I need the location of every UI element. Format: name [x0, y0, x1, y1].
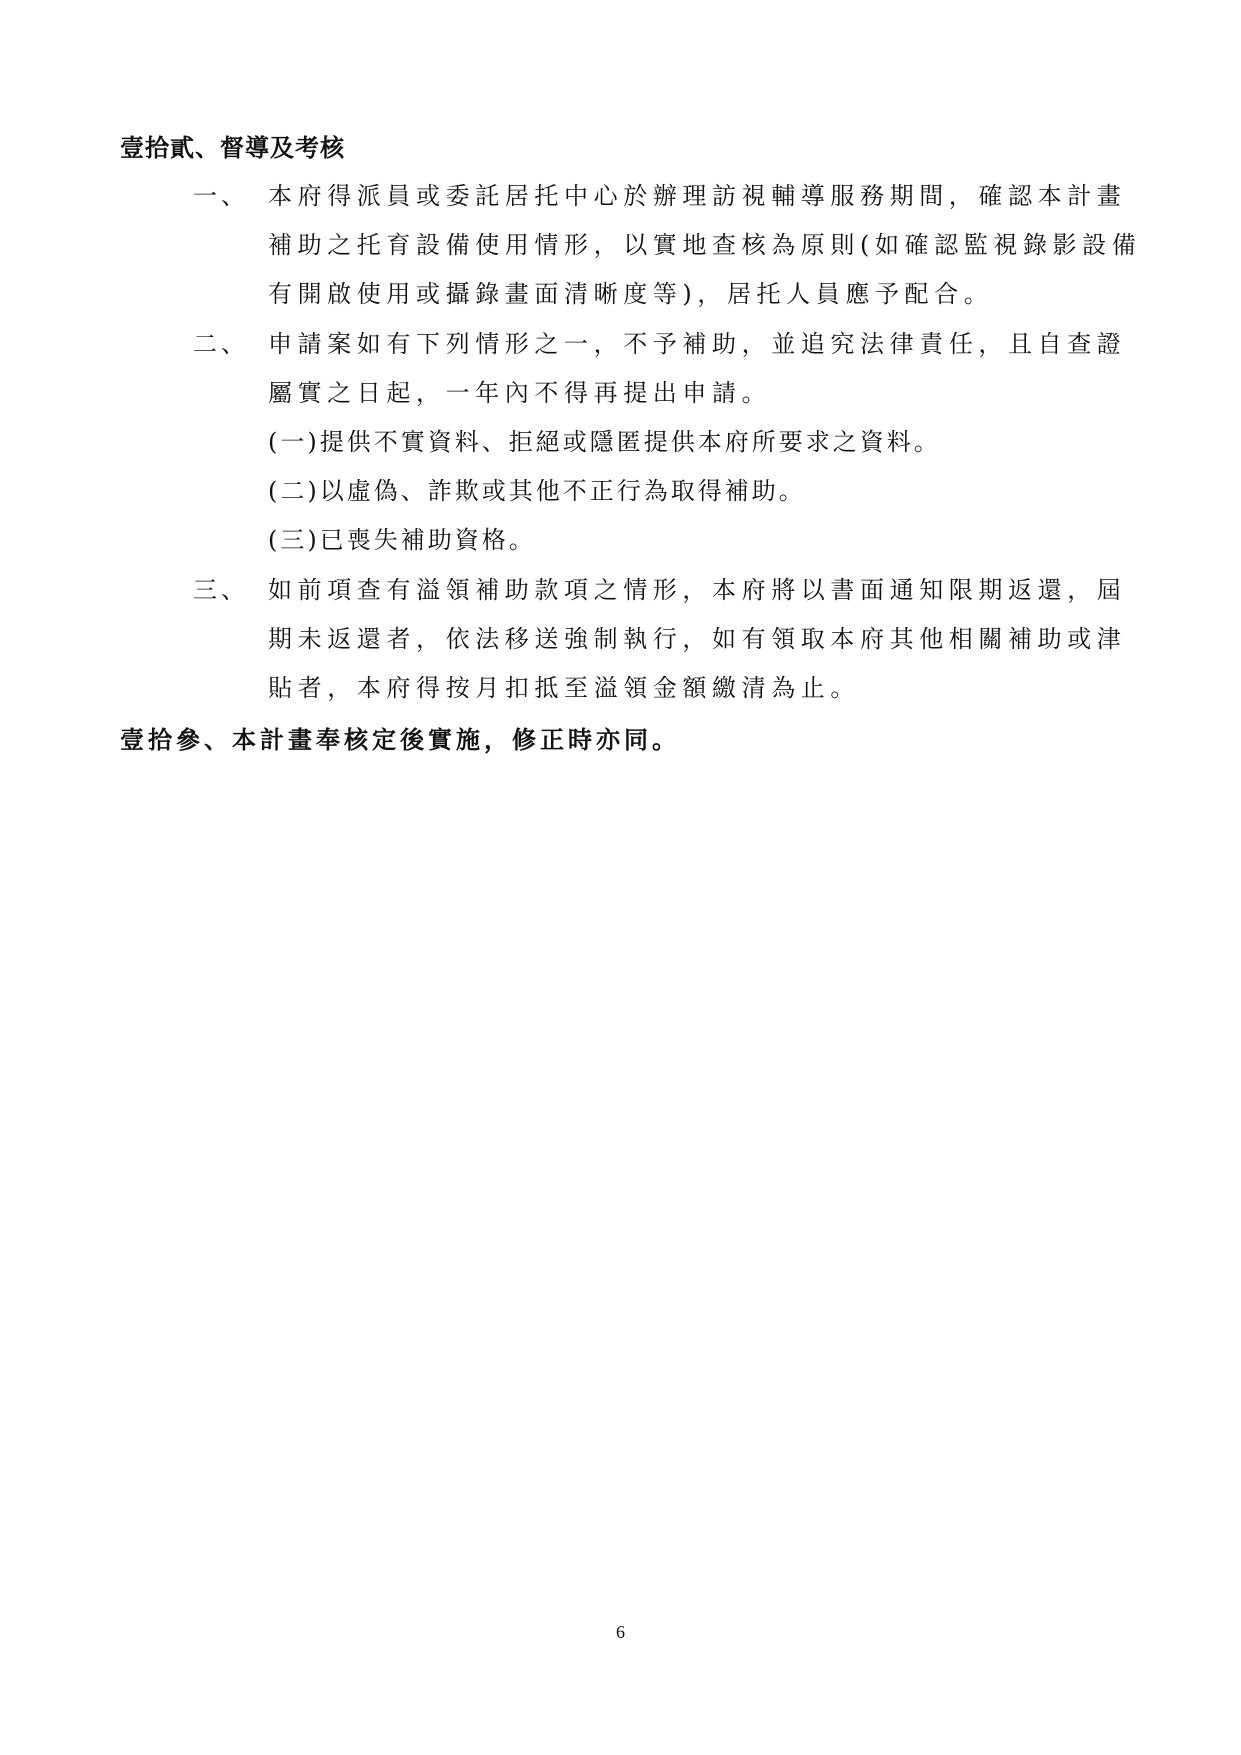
item-marker: 二、	[193, 320, 249, 369]
text-line: 屬實之日起，一年內不得再提出申請。	[268, 369, 1116, 418]
text-line: 期未返還者，依法移送強制執行，如有領取本府其他相關補助或津	[268, 615, 1116, 664]
text-line: 申請案如有下列情形之一，不予補助，並追究法律責任，且自查證	[268, 320, 1116, 369]
item-text: 本府得派員或委託居托中心於辦理訪視輔導服務期間，確認本計畫 補助之托育設備使用情…	[268, 172, 1116, 319]
list-item-2: 二、 申請案如有下列情形之一，不予補助，並追究法律責任，且自查證 屬實之日起，一…	[193, 320, 1113, 565]
page-number: 6	[0, 1620, 1241, 1644]
sub-item-1: (一)提供不實資料、拒絕或隱匿提供本府所要求之資料。	[268, 418, 1116, 467]
text-line: 本府得派員或委託居托中心於辦理訪視輔導服務期間，確認本計畫	[268, 172, 1116, 221]
list-item-1: 一、 本府得派員或委託居托中心於辦理訪視輔導服務期間，確認本計畫 補助之托育設備…	[193, 172, 1113, 319]
text-line: 如前項查有溢領補助款項之情形，本府將以書面通知限期返還，屆	[268, 566, 1116, 615]
sub-item-2: (二)以虛偽、詐欺或其他不正行為取得補助。	[268, 467, 1116, 516]
item-marker: 三、	[193, 566, 249, 615]
item-text: 如前項查有溢領補助款項之情形，本府將以書面通知限期返還，屆 期未返還者，依法移送…	[268, 566, 1116, 713]
list-item-3: 三、 如前項查有溢領補助款項之情形，本府將以書面通知限期返還，屆 期未返還者，依…	[193, 566, 1113, 713]
text-line: 有開啟使用或攝錄畫面清晰度等)，居托人員應予配合。	[268, 270, 1116, 319]
sub-item-3: (三)已喪失補助資格。	[268, 516, 1116, 565]
text-line: 補助之托育設備使用情形，以實地查核為原則(如確認監視錄影設備	[268, 221, 1116, 270]
document-page: 壹拾貳、督導及考核 一、 本府得派員或委託居托中心於辦理訪視輔導服務期間，確認本…	[0, 0, 1241, 1755]
section-heading-13: 壹拾參、本計畫奉核定後實施，修正時亦同。	[120, 725, 680, 755]
section-heading-12: 壹拾貳、督導及考核	[120, 133, 345, 163]
item-text: 申請案如有下列情形之一，不予補助，並追究法律責任，且自查證 屬實之日起，一年內不…	[268, 320, 1116, 565]
text-line: 貼者，本府得按月扣抵至溢領金額繳清為止。	[268, 664, 1116, 713]
item-marker: 一、	[193, 172, 249, 221]
